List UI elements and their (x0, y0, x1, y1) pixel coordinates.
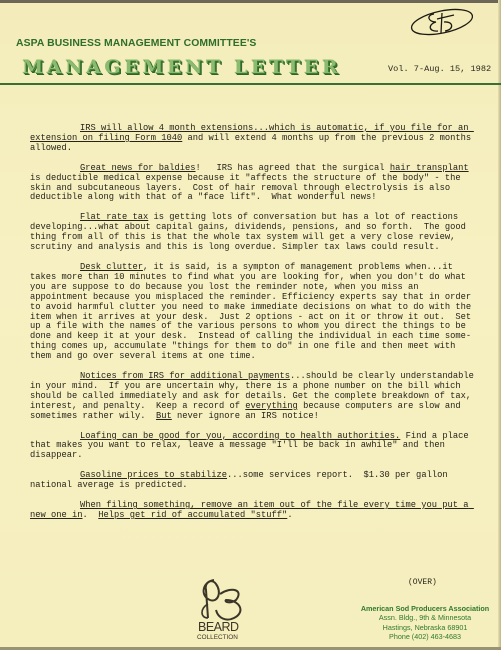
over-indicator: (OVER) (408, 578, 437, 587)
headline: Great news for baldies (80, 163, 196, 173)
address-line-2: Hastings, Nebraska 68901 (355, 623, 495, 632)
headline: Flat rate tax (80, 212, 148, 222)
logo-subtitle: COLLECTION (197, 634, 238, 641)
association-address: American Sod Producers Association Assn.… (355, 604, 495, 642)
header-rule (0, 83, 501, 85)
paragraph-gasoline: Gasoline prices to stabilize...some serv… (30, 471, 480, 491)
committee-name: ASPA BUSINESS MANAGEMENT COMMITTEE'S (16, 38, 256, 49)
letter-body: IRS will allow 4 month extensions...whic… (30, 124, 480, 531)
handwritten-signature-icon (408, 6, 476, 38)
letter-page: ASPA BUSINESS MANAGEMENT COMMITTEE'S MAN… (0, 0, 501, 650)
volume-date: Vol. 7-Aug. 15, 1982 (388, 64, 491, 74)
paragraph-desk-clutter: Desk clutter, it is said, is a sympton o… (30, 263, 480, 362)
headline: Loafing can be good for you, according t… (80, 431, 400, 441)
headline: Gasoline prices to stabilize (80, 470, 227, 480)
paragraph-irs-extensions: IRS will allow 4 month extensions...whic… (30, 124, 480, 154)
headline: Notices from IRS for additional payments (80, 371, 290, 381)
masthead-title: MANAGEMENT LETTER (22, 56, 341, 78)
logo-word: BEARD (198, 620, 239, 634)
headline: Desk clutter (80, 262, 143, 272)
address-line-1: Assn. Bldg., 9th & Minnesota (355, 613, 495, 622)
phone-number: Phone (402) 463-4683 (355, 632, 495, 641)
paragraph-baldies: Great news for baldies! IRS has agreed t… (30, 164, 480, 204)
paragraph-flat-rate-tax: Flat rate tax is getting lots of convers… (30, 213, 480, 253)
page-top-edge (0, 0, 501, 3)
association-name: American Sod Producers Association (355, 604, 495, 613)
paragraph-loafing: Loafing can be good for you, according t… (30, 432, 480, 462)
paragraph-irs-notices: Notices from IRS for additional payments… (30, 372, 480, 422)
paragraph-filing: When filing something, remove an item ou… (30, 501, 480, 521)
